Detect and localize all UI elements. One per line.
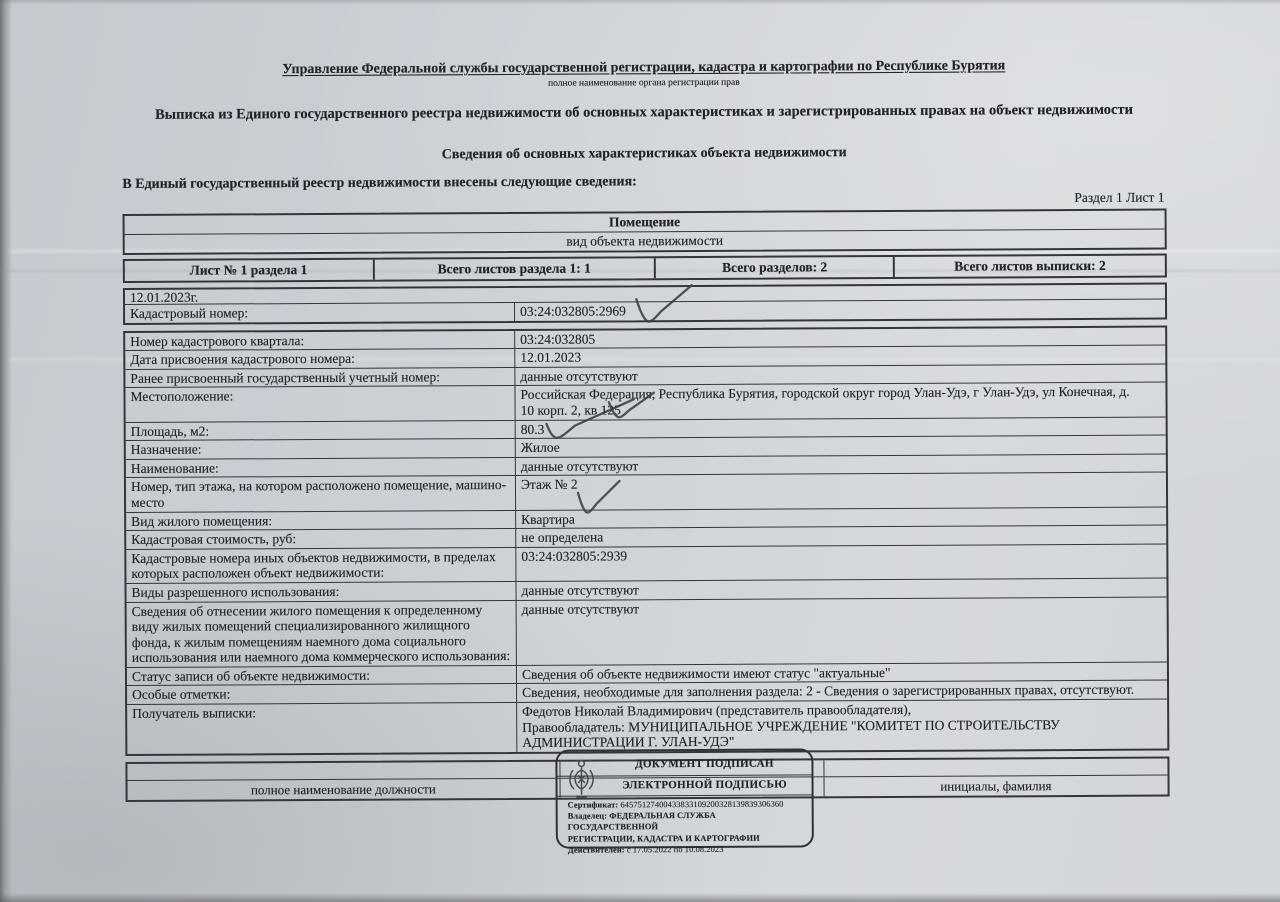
sheet-info-cell: Всего листов раздела 1: 1 <box>374 258 656 279</box>
row-value: Этаж № 2 <box>516 473 1166 510</box>
document-sheet: Управление Федеральной службы государств… <box>121 0 1169 802</box>
table-row: Сведения об отнесении жилого помещения к… <box>127 596 1167 667</box>
section-title: Сведения об основных характеристиках объ… <box>122 144 1166 165</box>
cadastral-number-value: 03:24:032805:2969 <box>515 300 1165 321</box>
validity-line: Действителен: с 17.05.2022 по 10.08.2023 <box>568 843 806 856</box>
row-value: Квартира <box>516 507 1166 528</box>
digital-signature-stamp: ДОКУМЕНТ ПОДПИСАН ЭЛЕКТРОННОЙ ПОДПИСЬЮ С… <box>555 748 814 848</box>
row-value: 12.01.2023 <box>515 346 1165 367</box>
sheet-info-cell: Всего разделов: 2 <box>656 257 895 278</box>
row-value: данные отсутствуют <box>517 597 1167 665</box>
name-caption: инициалы, фамилия <box>824 775 1167 796</box>
row-label: Кадастровые номера иных объектов недвижи… <box>126 548 516 583</box>
row-label: Площадь, м2: <box>126 421 516 441</box>
photo-bottom-edge <box>0 893 1280 902</box>
row-label: Номер кадастрового квартала: <box>125 331 515 351</box>
row-value: данные отсутствуют <box>516 454 1166 475</box>
row-value: 03:24:032805:2939 <box>516 544 1166 581</box>
position-caption: полное наименование должности <box>128 779 561 800</box>
signature-section: полное наименование должности инициалы, … <box>125 756 1169 801</box>
table-row: Кадастровые номера иных объектов недвижи… <box>126 543 1166 583</box>
row-value: Жилое <box>516 436 1166 457</box>
sheet-info-cell: Всего листов выписки: 2 <box>895 256 1165 277</box>
row-label: Получатель выписки: <box>127 703 517 754</box>
cadastral-number-table: 12.01.2023г. Кадастровый номер: 03:24:03… <box>123 283 1167 325</box>
stamp-line-2: ЭЛЕКТРОННОЙ ПОДПИСЬЮ <box>558 775 812 796</box>
row-value: 80.3 <box>516 417 1166 438</box>
table-row: Получатель выписки:Федотов Николай Влади… <box>127 699 1167 754</box>
row-label: Виды разрешенного использования: <box>126 582 516 602</box>
owner-line: Владелец: ФЕДЕРАЛЬНАЯ СЛУЖБА ГОСУДАРСТВЕ… <box>568 810 806 834</box>
sheet-info-table: Лист № 1 раздела 1 Всего листов раздела … <box>123 254 1167 283</box>
photographed-document: { "page": { "org_name": "Управление Феде… <box>0 0 1280 902</box>
row-value: Российская Федерация, Республика Бурятия… <box>515 383 1165 420</box>
row-label: Сведения об отнесении жилого помещения к… <box>127 600 517 666</box>
section-sheet-label: Раздел 1 Лист 1 <box>122 190 1166 211</box>
row-value: данные отсутствуют <box>515 364 1165 385</box>
row-label: Кадастровая стоимость, руб: <box>126 529 516 549</box>
row-value: Сведения, необходимые для заполнения раз… <box>517 681 1167 702</box>
row-label: Дата присвоения кадастрового номера: <box>125 349 515 369</box>
row-label: Номер, тип этажа, на котором расположено… <box>126 476 516 511</box>
row-label: Статус записи об объекте недвижимости: <box>127 666 517 686</box>
document-title: Выписка из Единого государственного реес… <box>122 102 1166 124</box>
table-row: Номер, тип этажа, на котором расположено… <box>126 472 1166 512</box>
row-value: Сведения об объекте недвижимости имеют с… <box>517 662 1167 683</box>
stamp-line-1: ДОКУМЕНТ ПОДПИСАН <box>557 750 811 776</box>
row-label: Особые отметки: <box>127 684 517 704</box>
object-type-table: Помещение вид объекта недвижимости <box>123 209 1167 255</box>
row-value: данные отсутствуют <box>516 578 1166 599</box>
main-attributes-table: Номер кадастрового квартала:03:24:032805… <box>123 325 1169 756</box>
row-label: Кадастровый номер: <box>125 303 515 323</box>
row-label: Наименование: <box>126 458 516 478</box>
row-label: Вид жилого помещения: <box>126 510 516 530</box>
certificate-line: Сертификат: 6457512740043383310920032813… <box>568 798 806 811</box>
row-label: Местоположение: <box>125 386 515 421</box>
table-row: Местоположение:Российская Федерация, Рес… <box>125 382 1165 422</box>
photo-left-edge <box>0 0 12 902</box>
row-label: Назначение: <box>126 439 516 459</box>
stamp-certificate-info: Сертификат: 6457512740043383310920032813… <box>558 795 812 856</box>
row-value: Федотов Николай Владимирович (представит… <box>517 700 1167 752</box>
sheet-info-cell: Лист № 1 раздела 1 <box>125 260 375 281</box>
row-label: Ранее присвоенный государственный учетны… <box>125 368 515 388</box>
row-value: 03:24:032805 <box>515 327 1165 348</box>
row-value: не определена <box>516 526 1166 547</box>
